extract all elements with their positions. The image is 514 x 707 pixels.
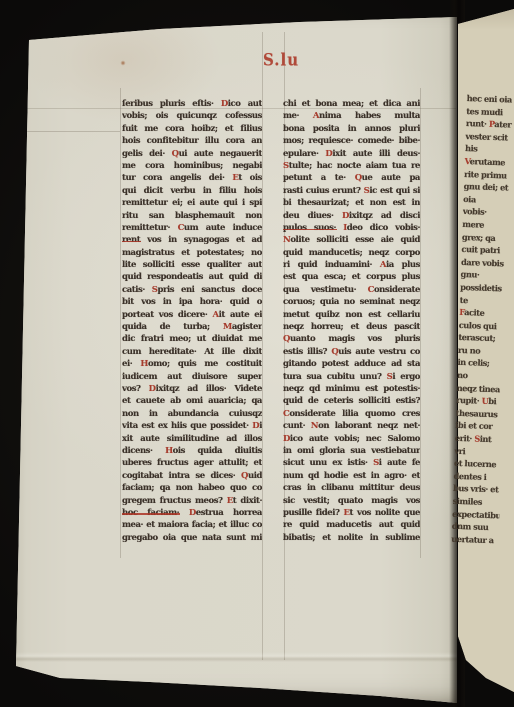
text-line: similes hoibz — [452, 495, 499, 509]
rubricated-letter: V — [464, 156, 470, 166]
rubricated-letter: F — [459, 307, 464, 317]
text-line: erit· Sint lubi — [455, 432, 502, 446]
rubricated-letter: S — [474, 434, 480, 444]
photo-background: S.lu ſeribus pluris eſtis· Dico autvobis… — [0, 0, 514, 707]
text-line: cuit patri vro — [461, 243, 508, 257]
rubricated-letter: U — [481, 396, 488, 406]
text-line: uertatur a nup — [451, 533, 498, 547]
rubricated-letter: P — [489, 119, 495, 129]
manuscript-left-page: S.lu ſeribus pluris eſtis· Dico autvobis… — [0, 0, 514, 707]
text-line: mere pusillus — [462, 218, 509, 232]
text-line: Facite vobis sac — [459, 306, 506, 320]
text-line: Verutame que — [464, 155, 511, 169]
text-line: hec eni oia ge — [467, 92, 514, 106]
text-line: possidetis et da — [460, 281, 507, 295]
text-line: no appropiat· — [457, 369, 504, 383]
page-shading — [0, 0, 514, 707]
